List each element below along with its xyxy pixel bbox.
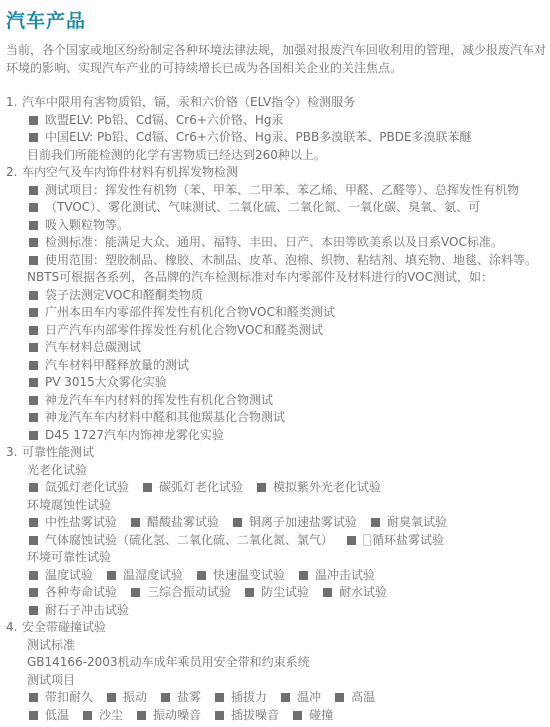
bullet-item: 碳弧灯老化试验 <box>143 479 243 497</box>
bullet-text: 使用范围：塑胶制品、橡胶、木制品、皮革、泡棉、织物、粘结剂、填充物、地毯、涂料等… <box>45 252 537 270</box>
bullet-item: 醋酸盐雾试验 <box>131 514 219 532</box>
bullet-item: 循环盐雾试验 <box>347 532 444 550</box>
sub-heading: 环境可靠性试验 <box>27 549 546 567</box>
bullet-square-icon <box>257 483 266 492</box>
section-heading: 4. 安全带碰撞试验 <box>6 619 546 637</box>
nbts-line: NBTS可根据各系列，各品牌的汽车检测标准对车内零部件及材料进行的VOC测试，如… <box>27 269 546 287</box>
section-heading: 2. 车内空气及车内饰件材料有机挥发物检测 <box>6 164 546 182</box>
bullet-square-icon <box>29 483 38 492</box>
standard-value: GB14166-2003机动车成年乘员用安全带和约束系统 <box>27 654 546 672</box>
bullet-item: 耐臭氧试验 <box>371 514 447 532</box>
bullet-item: 防尘试验 <box>245 584 309 602</box>
sub-heading: 测试项目 <box>27 672 546 690</box>
section-title: 汽车中限用有害物质铅，镉，汞和六价铬（ELV指令）检测服务 <box>22 94 355 112</box>
section-heading: 3. 可靠性能测试 <box>6 444 546 462</box>
bullet-item: 气体腐蚀试验（硫化氢、二氧化硫、二氧化氮、氯气） <box>29 532 333 550</box>
bullet-line: 袋子法测定VOC和醛酮类物质 <box>27 287 546 305</box>
bullet-text: 中国ELV: Pb铅、Cd镉、Cr6+六价铬、Hg汞、PBB多溴联苯、PBDE多… <box>45 129 472 147</box>
bullet-item: 沙尘 <box>83 707 123 725</box>
bullet-item: 模拟紫外光老化试验 <box>257 479 381 497</box>
bullet-square-icon <box>29 361 38 370</box>
bullet-item: 氙弧灯老化试验 <box>29 479 129 497</box>
bullet-line: （TVOC）、雾化测试、气味测试、二氧化硫、二氧化氮、一氧化碳、臭氧、氨、可 <box>27 199 546 217</box>
bullet-square-icon <box>245 588 254 597</box>
bullet-item: 铜离子加速盐雾试验 <box>233 514 357 532</box>
bullet-item: 温冲 <box>281 689 321 707</box>
bullet-row: 带扣耐久 振动 盐雾 插拔力 温冲 高温 <box>27 689 546 707</box>
bullet-line: 汽车材料甲醛释放量的测试 <box>27 357 546 375</box>
section-reliability: 3. 可靠性能测试 光老化试验 氙弧灯老化试验 碳弧灯老化试验 模拟紫外光老化试… <box>6 444 546 619</box>
bullet-square-icon <box>29 221 38 230</box>
bullet-square-icon <box>29 343 38 352</box>
bullet-square-icon <box>29 711 38 720</box>
bullet-square-icon <box>299 571 308 580</box>
bullet-square-icon <box>131 518 140 527</box>
section-elv: 1. 汽车中限用有害物质铅，镉，汞和六价铬（ELV指令）检测服务 欧盟ELV: … <box>6 94 546 164</box>
bullet-square-icon <box>29 693 38 702</box>
section-title: 车内空气及车内饰件材料有机挥发物检测 <box>22 164 238 182</box>
section-number: 2. <box>6 164 22 182</box>
bullet-square-icon <box>107 693 116 702</box>
bullet-text: 汽车材料总碳测试 <box>45 339 141 357</box>
bullet-item: 盐雾 <box>161 689 201 707</box>
bullet-square-icon <box>215 693 224 702</box>
bullet-square-icon <box>29 291 38 300</box>
bullet-item: 温湿度试验 <box>107 567 183 585</box>
bullet-line: 汽车材料总碳测试 <box>27 339 546 357</box>
bullet-text: 吸入颗粒物等。 <box>45 217 129 235</box>
bullet-square-icon <box>347 536 356 545</box>
section-number: 3. <box>6 444 22 462</box>
bullet-line: 神龙汽车车内材料的挥发性有机化合物测试 <box>27 392 546 410</box>
section-voc: 2. 车内空气及车内饰件材料有机挥发物检测 测试项目：挥发性有机物（苯、甲苯、二… <box>6 164 546 444</box>
bullet-text: 袋子法测定VOC和醛酮类物质 <box>45 287 203 305</box>
bullet-square-icon <box>29 203 38 212</box>
bullet-line: D45 1727汽车内饰神龙雾化实验 <box>27 427 546 445</box>
bullet-square-icon <box>107 571 116 580</box>
bullet-text: 神龙汽车车内材料的挥发性有机化合物测试 <box>45 392 273 410</box>
section-title: 可靠性能测试 <box>22 444 94 462</box>
bullet-item: 高温 <box>335 689 375 707</box>
bullet-square-icon <box>233 518 242 527</box>
bullet-square-icon <box>29 606 38 615</box>
note-line: 目前我们所能检测的化学有害物质已经达到260种以上。 <box>27 147 546 165</box>
bullet-square-icon <box>131 588 140 597</box>
section-seatbelt: 4. 安全带碰撞试验 测试标准 GB14166-2003机动车成年乘员用安全带和… <box>6 619 546 724</box>
bullet-text: D45 1727汽车内饰神龙雾化实验 <box>45 427 224 445</box>
bullet-square-icon <box>281 693 290 702</box>
section-number: 1. <box>6 94 22 112</box>
bullet-line: 中国ELV: Pb铅、Cd镉、Cr6+六价铬、Hg汞、PBB多溴联苯、PBDE多… <box>27 129 546 147</box>
bullet-item: 插拔噪音 <box>215 707 279 725</box>
bullet-square-icon <box>215 711 224 720</box>
bullet-item: 插拔力 <box>215 689 267 707</box>
bullet-square-icon <box>161 693 170 702</box>
bullet-square-icon <box>29 536 38 545</box>
bullet-square-icon <box>29 431 38 440</box>
bullet-text: 欧盟ELV: Pb铅、Cd镉、Cr6+六价铬、Hg汞 <box>45 112 284 130</box>
bullet-line: 日产汽车内部零件挥发性有机化合物VOC和醛类测试 <box>27 322 546 340</box>
bullet-square-icon <box>29 571 38 580</box>
bullet-square-icon <box>29 116 38 125</box>
bullet-text: PV 3015大众雾化实验 <box>45 374 167 392</box>
bullet-line: 广州本田车内零部件挥发性有机化合物VOC和醛类测试 <box>27 304 546 322</box>
bullet-item: 振动噪音 <box>137 707 201 725</box>
bullet-row: 气体腐蚀试验（硫化氢、二氧化硫、二氧化氮、氯气） 循环盐雾试验 <box>27 532 546 550</box>
bullet-square-icon <box>83 711 92 720</box>
bullet-text: 检测标准：能满足大众、通用、福特、丰田、日产、本田等欧美系以及日系VOC标准。 <box>45 234 503 252</box>
bullet-line: 欧盟ELV: Pb铅、Cd镉、Cr6+六价铬、Hg汞 <box>27 112 546 130</box>
section-heading: 1. 汽车中限用有害物质铅，镉，汞和六价铬（ELV指令）检测服务 <box>6 94 546 112</box>
document-body: 汽车产品 当前，各个国家或地区纷纷制定各种环境法律法规，加强对报废汽车回收利用的… <box>0 0 550 724</box>
bullet-row: 中性盐雾试验 醋酸盐雾试验 铜离子加速盐雾试验 耐臭氧试验 <box>27 514 546 532</box>
sub-heading: 环境腐蚀性试验 <box>27 497 546 515</box>
bullet-row: 各种寿命试验 三综合振动试验 防尘试验 耐水试验 <box>27 584 546 602</box>
bullet-square-icon <box>29 133 38 142</box>
bullet-text: 日产汽车内部零件挥发性有机化合物VOC和醛类测试 <box>45 322 323 340</box>
bullet-line: 检测标准：能满足大众、通用、福特、丰田、日产、本田等欧美系以及日系VOC标准。 <box>27 234 546 252</box>
bullet-square-icon <box>29 378 38 387</box>
sub-heading: 测试标准 <box>27 637 546 655</box>
bullet-item: 三综合振动试验 <box>131 584 231 602</box>
bullet-row: 温度试验 温湿度试验 快速温变试验 温冲击试验 <box>27 567 546 585</box>
bullet-square-icon <box>29 518 38 527</box>
bullet-item: 温度试验 <box>29 567 93 585</box>
bullet-square-icon <box>29 326 38 335</box>
bullet-item: 碰撞 <box>293 707 333 725</box>
bullet-square-icon <box>143 483 152 492</box>
bullet-square-icon <box>293 711 302 720</box>
bullet-square-icon <box>371 518 380 527</box>
bullet-row: 低温 沙尘 振动噪音 插拔噪音 碰撞 <box>27 707 546 725</box>
section-title: 安全带碰撞试验 <box>22 619 106 637</box>
bullet-item: 振动 <box>107 689 147 707</box>
bullet-square-icon <box>29 238 38 247</box>
bullet-item: 温冲击试验 <box>299 567 375 585</box>
bullet-item: 低温 <box>29 707 69 725</box>
bullet-square-icon <box>197 571 206 580</box>
bullet-line: 吸入颗粒物等。 <box>27 217 546 235</box>
bullet-square-icon <box>335 693 344 702</box>
bullet-text: 汽车材料甲醛释放量的测试 <box>45 357 189 375</box>
page-title: 汽车产品 <box>6 6 546 33</box>
bullet-row: 耐石子冲击试验 <box>27 602 546 620</box>
bullet-square-icon <box>29 413 38 422</box>
bullet-item: 耐石子冲击试验 <box>29 602 129 620</box>
intro-paragraph: 当前，各个国家或地区纷纷制定各种环境法律法规，加强对报废汽车回收利用的管理，减少… <box>6 42 546 77</box>
bullet-item: 快速温变试验 <box>197 567 285 585</box>
bullet-square-icon <box>29 588 38 597</box>
bullet-square-icon <box>29 308 38 317</box>
bullet-line: 神龙汽车车内材料中醛和其他羰基化合物测试 <box>27 409 546 427</box>
bullet-text: 测试项目：挥发性有机物（苯、甲苯、二甲苯、苯乙烯、甲醛、乙醛等）、总挥发性有机物 <box>45 182 519 200</box>
sub-heading: 光老化试验 <box>27 462 546 480</box>
bullet-square-icon <box>137 711 146 720</box>
bullet-item: 耐水试验 <box>323 584 387 602</box>
bullet-line: 使用范围：塑胶制品、橡胶、木制品、皮革、泡棉、织物、粘结剂、填充物、地毯、涂料等… <box>27 252 546 270</box>
bullet-item: 中性盐雾试验 <box>29 514 117 532</box>
bullet-line: 测试项目：挥发性有机物（苯、甲苯、二甲苯、苯乙烯、甲醛、乙醛等）、总挥发性有机物 <box>27 182 546 200</box>
bullet-square-icon <box>29 256 38 265</box>
bullet-line: PV 3015大众雾化实验 <box>27 374 546 392</box>
bullet-row: 氙弧灯老化试验 碳弧灯老化试验 模拟紫外光老化试验 <box>27 479 546 497</box>
bullet-square-icon <box>29 186 38 195</box>
bullet-item: 各种寿命试验 <box>29 584 117 602</box>
bullet-text: 神龙汽车车内材料中醛和其他羰基化合物测试 <box>45 409 285 427</box>
bullet-square-icon <box>323 588 332 597</box>
missing-glyph-box-icon <box>363 534 371 546</box>
bullet-text: （TVOC）、雾化测试、气味测试、二氧化硫、二氧化氮、一氧化碳、臭氧、氨、可 <box>45 199 480 217</box>
bullet-text: 广州本田车内零部件挥发性有机化合物VOC和醛类测试 <box>45 304 335 322</box>
section-number: 4. <box>6 619 22 637</box>
bullet-square-icon <box>29 396 38 405</box>
bullet-item: 带扣耐久 <box>29 689 93 707</box>
